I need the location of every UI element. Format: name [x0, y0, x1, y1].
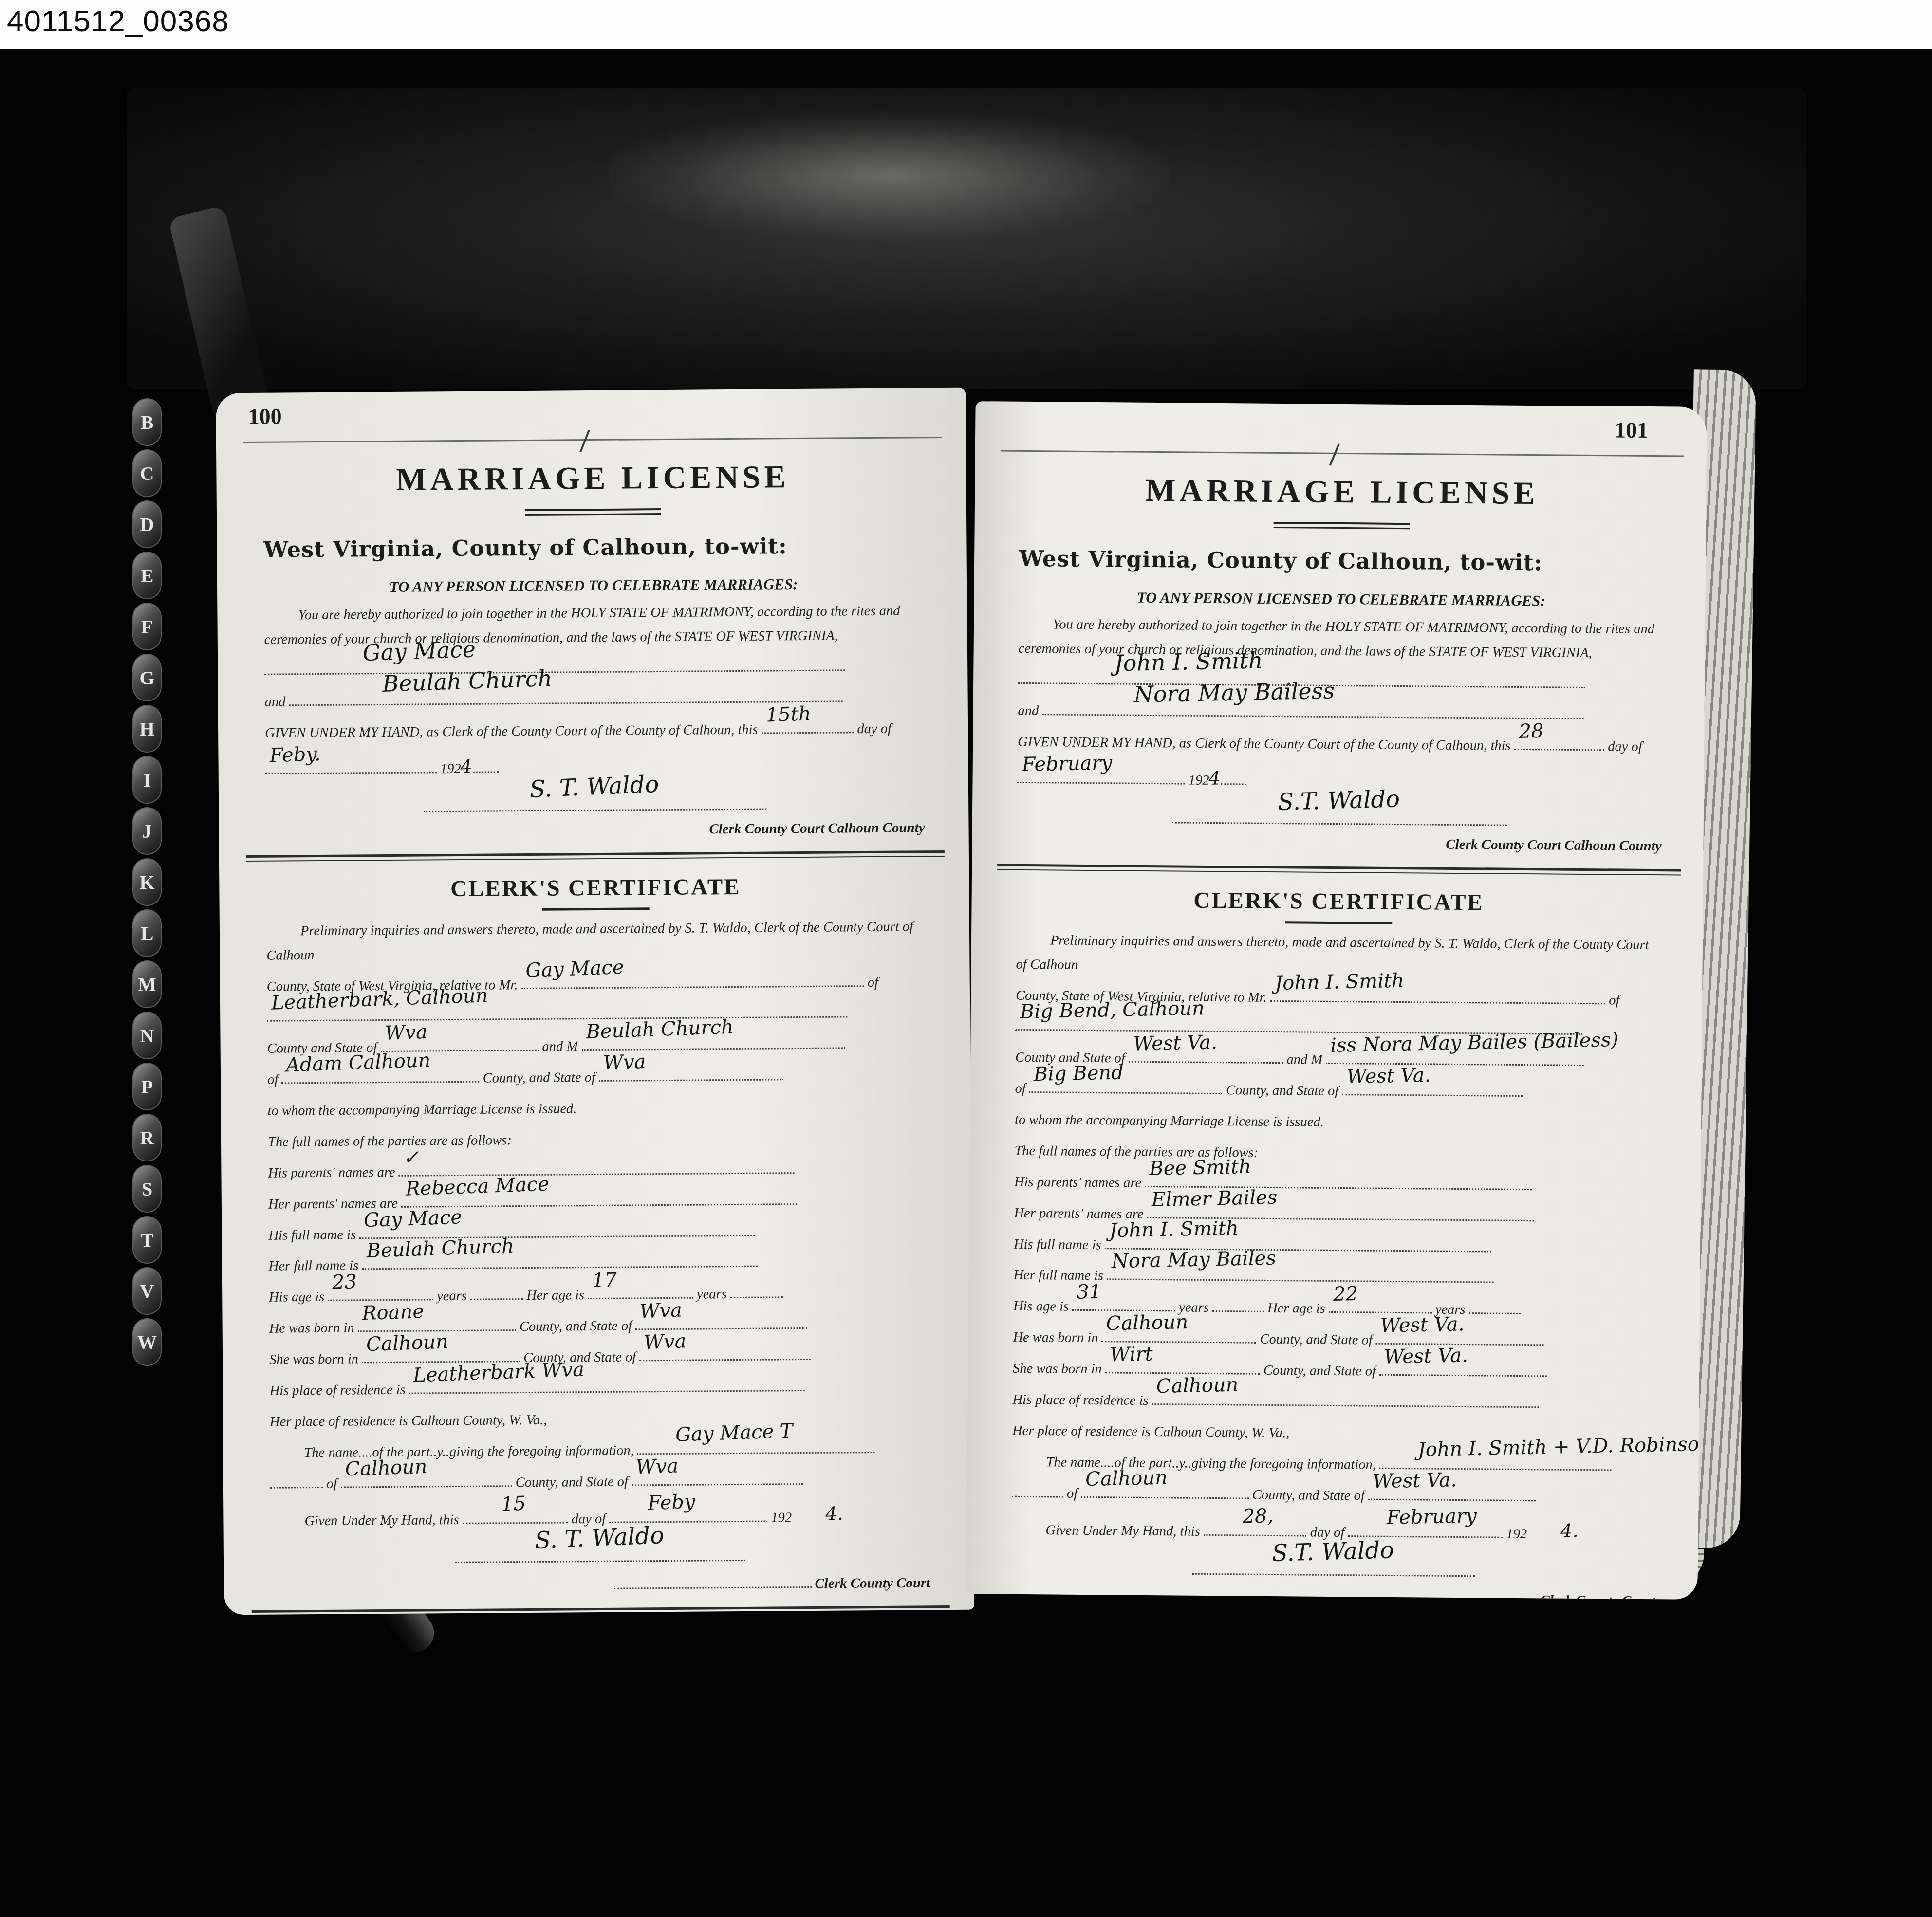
title-rule	[1274, 522, 1410, 529]
dotted-leader: Gay Mace	[521, 971, 864, 989]
full-names-line: The full names of the parties are as fol…	[268, 1125, 927, 1154]
pen-check-mark	[579, 430, 590, 452]
dotted-leader: Calhoun	[1081, 1481, 1248, 1499]
groom-name-line: Gay Mace	[264, 654, 924, 683]
section-divider	[246, 850, 945, 862]
index-tab: S	[132, 1165, 162, 1213]
clerk-court-label: Clerk County Court	[1540, 1593, 1655, 1600]
year-prefix: 192	[1506, 1527, 1527, 1542]
groom-name-handwriting: Gay Mace	[525, 950, 624, 987]
informant-state-handwriting: Wva	[635, 1449, 679, 1484]
his-residence-line: His place of residence is Calhoun	[1012, 1388, 1657, 1417]
title-rule	[525, 508, 661, 516]
his-residence-line: His place of residence is Leatherbark Wv…	[269, 1374, 929, 1403]
his-parents-label: His parents' names are	[1014, 1175, 1142, 1191]
dotted-leader: Leatherbark Wva	[409, 1375, 805, 1394]
index-tab: G	[132, 654, 162, 701]
his-residence-label: His place of residence is	[1012, 1392, 1148, 1408]
section-underline	[1285, 921, 1392, 924]
index-tab: I	[132, 756, 162, 804]
license-day-handwriting: 28	[1518, 714, 1543, 748]
informant-state-handwriting: West Va.	[1373, 1463, 1457, 1498]
clerks-certificate-title: CLERK'S CERTIFICATE	[266, 872, 925, 903]
of-label: of	[1609, 993, 1619, 1008]
of-label: of	[1015, 1081, 1025, 1096]
index-tab: M	[132, 960, 162, 1008]
her-age-label: Her age is	[526, 1288, 584, 1303]
her-age-handwriting: 17	[592, 1263, 617, 1298]
cert-year-handwriting: 4.	[1526, 1515, 1579, 1548]
index-tab: K	[132, 858, 162, 906]
clerk-court-caption: Clerk County Court	[1011, 1585, 1655, 1600]
county-heading: West Virginia, County of Calhoun, to-wit…	[1019, 546, 1664, 576]
clerk-signature: S.T. Waldo	[1271, 1530, 1394, 1574]
bride-name-handwriting: Beulah Church	[382, 659, 553, 704]
dotted-leader: Feby.	[265, 757, 437, 774]
she-born-label: She was born in	[1013, 1361, 1102, 1377]
she-born-handwriting: Wirt	[1110, 1337, 1153, 1372]
her-parents-handwriting: Rebecca Mace	[405, 1167, 550, 1206]
he-born-handwriting: Calhoun	[1106, 1305, 1189, 1341]
index-tab: J	[132, 807, 162, 855]
pen-check-mark	[1329, 443, 1340, 466]
day-of-label: day of	[857, 721, 892, 736]
groom-place-handwriting: Leatherbark, Calhoun	[271, 979, 489, 1021]
license-day-handwriting: 15th	[765, 697, 811, 732]
dotted-leader: Leatherbark, Calhoun	[267, 1002, 847, 1022]
bride-place-handwriting: Big Bend	[1033, 1056, 1124, 1092]
she-born-state-handwriting: West Va.	[1384, 1338, 1468, 1374]
her-age-label: Her age is	[1267, 1301, 1325, 1316]
dotted-leader: West Va.	[1129, 1047, 1283, 1064]
given-under-hand-line: GIVEN UNDER MY HAND, as Clerk of the Cou…	[1018, 730, 1662, 759]
clerk-signature-line: S. T. Waldo	[265, 793, 925, 821]
dotted-leader: West Va.	[1379, 1360, 1547, 1377]
he-born-state-handwriting: Wva	[639, 1293, 683, 1328]
top-rule	[1001, 450, 1684, 457]
index-tab: B	[132, 398, 162, 446]
his-full-name-line: His full name is John I. Smith	[1014, 1232, 1658, 1261]
dotted-leader: Wva	[639, 1344, 811, 1361]
dotted-leader	[1221, 769, 1247, 785]
dotted-leader: Big Bend	[1029, 1077, 1223, 1094]
full-names-line: The full names of the parties are as fol…	[1014, 1139, 1659, 1168]
year-prefix: 192	[440, 761, 461, 776]
his-parents-handwriting: ✓	[402, 1140, 420, 1175]
groom-state-handwriting: West Va.	[1133, 1026, 1217, 1061]
she-born-label: She was born in	[269, 1351, 358, 1367]
bride-place-handwriting: Adam Calhoun	[285, 1043, 431, 1082]
bride-name-handwriting: Nora May Bailess	[1133, 671, 1335, 715]
his-residence-label: His place of residence is	[269, 1382, 405, 1399]
he-born-state-handwriting: West Va.	[1380, 1307, 1465, 1343]
dotted-leader	[470, 1284, 523, 1300]
county-heading: West Virginia, County of Calhoun, to-wit…	[263, 532, 923, 562]
year-prefix: 192	[1189, 773, 1209, 788]
years-label: years	[697, 1287, 727, 1302]
microfilm-scan: 4011512_00368 B C D E F G H I J K L M N …	[0, 0, 1932, 1917]
cert-year-handwriting: 4.	[791, 1497, 844, 1532]
clerk-signature: S.T. Waldo	[1277, 778, 1400, 823]
bride-place-line: of Big Bend County, and State of West Va…	[1015, 1077, 1659, 1106]
her-age-handwriting: 22	[1333, 1277, 1358, 1311]
dotted-leader: Wva	[632, 1469, 803, 1486]
she-born-handwriting: Calhoun	[366, 1325, 449, 1362]
top-rule	[243, 437, 942, 443]
dotted-leader: 28	[1514, 734, 1605, 750]
his-parents-handwriting: Bee Smith	[1149, 1150, 1252, 1186]
and-m-label: and M	[542, 1039, 578, 1054]
to-whom-line: to whom the accompanying Marriage Licens…	[267, 1094, 927, 1123]
clerk-caption: Clerk County Court Calhoun County	[1017, 833, 1661, 854]
county-and-state-label: County, and State of	[516, 1474, 628, 1490]
clerk-caption: Clerk County Court Calhoun County	[265, 820, 925, 840]
index-tab: W	[132, 1318, 162, 1366]
dotted-leader: Calhoun	[340, 1471, 512, 1488]
dotted-leader: S. T. Waldo	[455, 1545, 745, 1563]
of-label: of	[868, 975, 878, 990]
dotted-leader	[473, 757, 499, 773]
clerk-signature-line: S.T. Waldo	[1017, 806, 1662, 835]
dotted-leader	[730, 1282, 783, 1299]
section-divider	[252, 1605, 950, 1615]
years-label: years	[437, 1289, 467, 1304]
index-tab: H	[132, 705, 162, 753]
to-any-person-line: TO ANY PERSON LICENSED TO CELEBRATE MARR…	[1019, 588, 1663, 610]
bride-name-handwriting: iss Nora May Bailes (Bailess)	[1330, 1023, 1619, 1063]
day-of-label: day of	[1608, 739, 1642, 755]
index-tab: F	[132, 603, 162, 650]
her-full-handwriting: Beulah Church	[366, 1229, 515, 1269]
index-tabs: B C D E F G H I J K L M N P R S T V W	[132, 398, 163, 1366]
license-month-handwriting: February	[1022, 746, 1113, 782]
county-and-state-label: County, and State of	[520, 1319, 632, 1335]
and-label: and	[265, 694, 286, 709]
he-born-handwriting: Roane	[361, 1294, 425, 1330]
she-born-state-handwriting: Wva	[643, 1324, 687, 1360]
dotted-leader: Nora May Bailes	[1107, 1264, 1494, 1283]
light-reflection	[609, 112, 1169, 239]
index-tab: E	[132, 552, 162, 599]
index-tab: V	[132, 1267, 162, 1315]
county-and-state-label: County, and State of	[483, 1070, 595, 1086]
his-parents-line: His parents' names are Bee Smith	[1014, 1170, 1659, 1199]
cert-clerk-signature-line: S.T. Waldo	[1011, 1557, 1656, 1586]
he-born-label: He was born in	[269, 1321, 354, 1336]
index-tab: P	[132, 1063, 162, 1110]
year-prefix: 192	[771, 1511, 792, 1526]
dotted-leader: John I. Smith	[1270, 986, 1606, 1004]
dotted-leader: Gay Mace	[264, 655, 845, 675]
scan-label: 4011512_00368	[7, 4, 229, 38]
dotted-leader: Adam Calhoun	[281, 1067, 479, 1084]
dotted-leader: West Va.	[1368, 1484, 1536, 1501]
cert-day-handwriting: 28,	[1207, 1499, 1273, 1535]
her-full-handwriting: Nora May Bailes	[1111, 1241, 1276, 1279]
scan-label-strip: 4011512_00368	[0, 0, 1932, 49]
informant-place-handwriting: Calhoun	[1085, 1460, 1168, 1496]
dotted-leader: S.T. Waldo	[1172, 807, 1507, 826]
his-age-handwriting: 31	[1077, 1275, 1102, 1309]
groom-place-handwriting: Big Bend, Calhoun	[1020, 992, 1205, 1030]
index-tab: T	[132, 1216, 162, 1264]
index-tab: R	[132, 1114, 162, 1161]
section-underline	[542, 907, 650, 911]
his-residence-handwriting: Calhoun	[1156, 1368, 1239, 1403]
his-full-label: His full name is	[1014, 1236, 1101, 1252]
license-year-handwriting: 4	[460, 750, 473, 783]
bride-name-line: and Beulah Church	[265, 685, 924, 714]
dotted-leader: S. T. Waldo	[424, 793, 766, 812]
bride-name-handwriting: Beulah Church	[585, 1010, 734, 1050]
informant-handwriting: Gay Mace T	[641, 1414, 794, 1453]
informant-place-line: of Calhoun County, and State of Wva	[270, 1468, 929, 1496]
clerk-court-caption: Clerk County Court	[271, 1571, 930, 1596]
to-whom-line: to whom the accompanying Marriage Licens…	[1015, 1108, 1659, 1137]
to-any-person-line: TO ANY PERSON LICENSED TO CELEBRATE MARR…	[264, 574, 923, 596]
dotted-leader: West Va.	[1342, 1079, 1523, 1097]
dotted-leader	[614, 1572, 812, 1589]
marriage-license-title: MARRIAGE LICENSE	[1020, 471, 1665, 513]
his-age-handwriting: 23	[332, 1265, 357, 1300]
dotted-leader: Nora May Bailess	[1042, 699, 1583, 719]
license-year-handwriting: 4	[1208, 762, 1221, 795]
dotted-leader	[1469, 1298, 1521, 1314]
his-residence-handwriting: Leatherbark Wva	[412, 1352, 585, 1392]
section-divider	[997, 864, 1681, 875]
of-label: of	[326, 1476, 337, 1491]
dotted-leader: 15th	[762, 717, 854, 734]
page-number: 100	[248, 403, 281, 429]
given-hand-label: GIVEN UNDER MY HAND, as Clerk of the Cou…	[265, 722, 758, 740]
she-born-line: She was born in Calhoun County, and Stat…	[269, 1343, 929, 1372]
she-born-line: She was born in Wirt County, and State o…	[1013, 1357, 1657, 1386]
his-full-label: His full name is	[268, 1227, 356, 1243]
informant-handwriting: John I. Smith + V.D. Robinson	[1384, 1427, 1707, 1468]
dotted-leader	[270, 1472, 323, 1489]
of-label: of	[267, 1072, 278, 1088]
bride-state-handwriting: West Va.	[1346, 1058, 1431, 1094]
her-residence-line: Her place of residence is Calhoun County…	[270, 1405, 929, 1434]
dotted-leader: Beulah Church	[362, 1251, 758, 1270]
his-parents-label: His parents' names are	[268, 1165, 395, 1181]
he-born-label: He was born in	[1013, 1330, 1098, 1346]
clerk-signature: S. T. Waldo	[534, 1515, 665, 1561]
county-and-state-label: County, and State of	[1260, 1332, 1372, 1348]
dotted-leader: Beulah Church	[289, 686, 843, 706]
dotted-leader	[1212, 1296, 1264, 1312]
and-label: and	[1018, 703, 1039, 718]
given-under-hand-line: GIVEN UNDER MY HAND, as Clerk of the Cou…	[265, 717, 924, 745]
dotted-leader: February	[1017, 767, 1185, 785]
index-tab: D	[132, 500, 162, 548]
bride-state-handwriting: Wva	[603, 1045, 647, 1080]
cert-day-handwriting: 15	[466, 1487, 526, 1523]
clerks-certificate-title: CLERK'S CERTIFICATE	[1016, 886, 1661, 917]
county-and-state-label: County, and State of	[1226, 1083, 1338, 1099]
dotted-leader: S.T. Waldo	[1191, 1559, 1475, 1577]
license-month-handwriting: Feby.	[269, 737, 321, 773]
cert-clerk-signature-line: S. T. Waldo	[271, 1544, 930, 1572]
informant-place-handwriting: Calhoun	[344, 1449, 427, 1486]
his-age-label: His age is	[1013, 1299, 1069, 1314]
index-tab: N	[132, 1012, 162, 1059]
index-tab: C	[132, 449, 162, 497]
his-age-label: His age is	[269, 1290, 324, 1305]
county-and-state-label: County, and State of	[1263, 1363, 1376, 1379]
informant-place-line: of Calhoun County, and State of West Va.	[1012, 1481, 1656, 1510]
groom-name-line: John I. Smith	[1018, 668, 1663, 697]
of-label: of	[1067, 1486, 1077, 1501]
dotted-leader	[1012, 1481, 1063, 1497]
bride-place-line: of Adam Calhoun County, and State of Wva	[267, 1063, 927, 1092]
page-number: 101	[1615, 417, 1648, 443]
index-tab: L	[132, 909, 162, 957]
bride-name-line: and Nora May Bailess	[1018, 699, 1662, 728]
dotted-leader: Wva	[599, 1065, 783, 1082]
photo-area: B C D E F G H I J K L M N P R S T V W 10…	[0, 49, 1932, 1917]
groom-name-handwriting: John I. Smith	[1274, 963, 1404, 1000]
and-m-label: and M	[1287, 1052, 1323, 1068]
dotted-leader: Calhoun	[1152, 1389, 1539, 1408]
marriage-license-title: MARRIAGE LICENSE	[263, 458, 922, 499]
his-parents-line: His parents' names are ✓	[268, 1157, 927, 1185]
clerk-court-label: Clerk County Court	[815, 1575, 930, 1591]
given-under-label: Given Under My Hand, this	[1045, 1523, 1200, 1539]
dotted-leader	[1344, 1587, 1537, 1600]
book-page-100: 100 MARRIAGE LICENSE West Virginia, Coun…	[216, 388, 974, 1615]
book-page-101: 101 MARRIAGE LICENSE West Virginia, Coun…	[966, 401, 1707, 1600]
clerk-signature: S. T. Waldo	[529, 764, 660, 810]
given-under-label: Given Under My Hand, this	[304, 1512, 459, 1529]
